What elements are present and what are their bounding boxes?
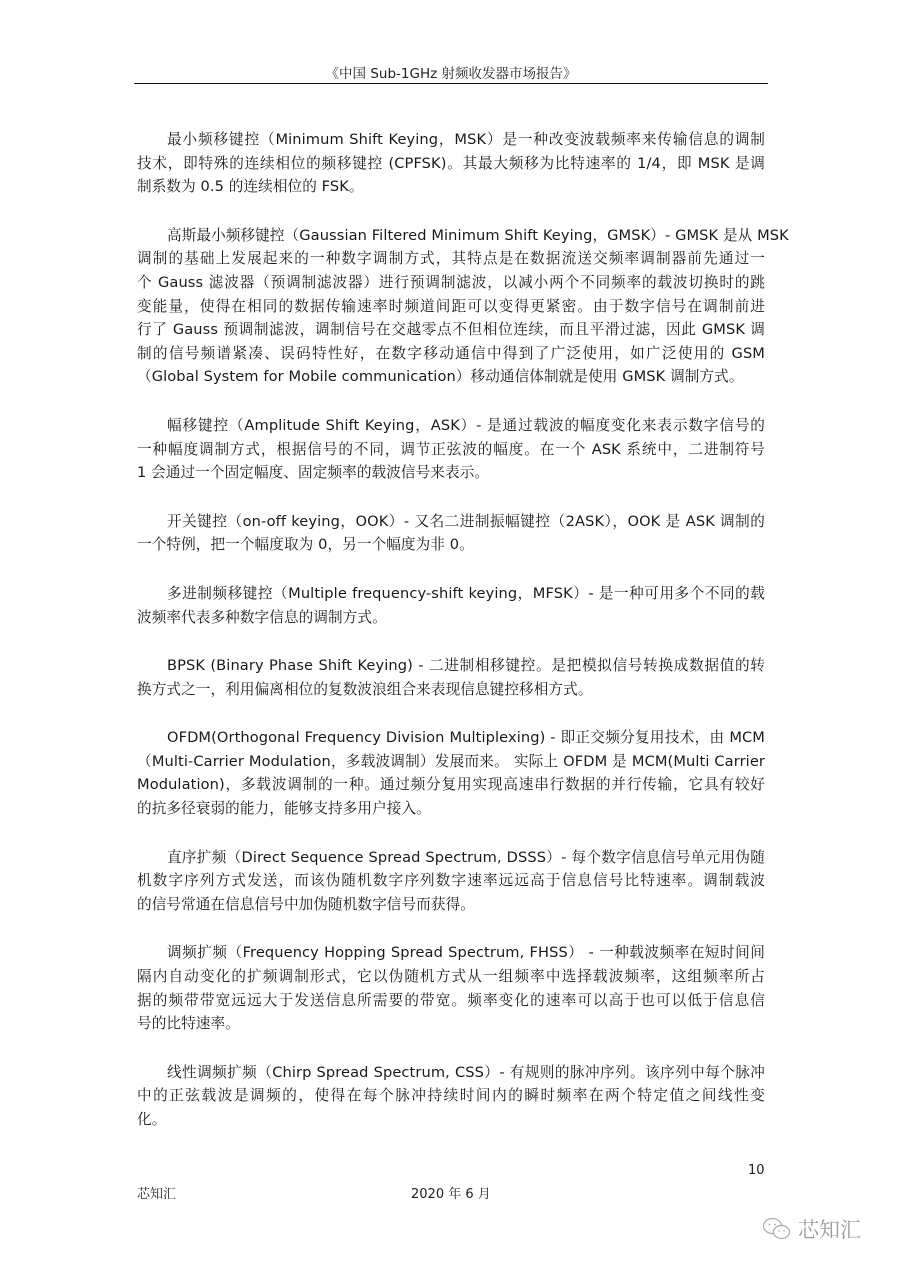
text-line: OFDM(Orthogonal Frequency Division Multi… <box>137 726 765 750</box>
text-line: 中的正弦载波是调频的，使得在每个脉冲持续时间内的瞬时频率在两个特定值之间线性变 <box>137 1084 765 1108</box>
document-body: 最小频移键控（Minimum Shift Keying，MSK）是一种改变波载频… <box>137 128 765 1157</box>
text-line: 化。 <box>137 1108 765 1132</box>
text-line: 开关键控（on-off keying，OOK）- 又名二进制振幅键控（2ASK）… <box>137 510 765 534</box>
paragraph-css: 线性调频扩频（Chirp Spread Spectrum, CSS）- 有规则的… <box>137 1061 765 1132</box>
text-line: 调频扩频（Frequency Hopping Spread Spectrum, … <box>137 941 765 965</box>
footer-publisher: 芯知汇 <box>137 1183 176 1202</box>
text-line: 的抗多径衰弱的能力，能够支持多用户接入。 <box>137 797 765 821</box>
text-line: 机数字序列方式发送，而该伪随机数字序列数字速率远远高于信息信号比特速率。调制载波 <box>137 869 765 893</box>
header-divider <box>134 83 768 84</box>
text-line: 1 会通过一个固定幅度、固定频率的载波信号来表示。 <box>137 461 765 485</box>
text-line: 高斯最小频移键控（Gaussian Filtered Minimum Shift… <box>137 224 765 248</box>
text-line: 波频率代表多种数字信息的调制方式。 <box>137 606 765 630</box>
paragraph-dsss: 直序扩频（Direct Sequence Spread Spectrum, DS… <box>137 846 765 917</box>
paragraph-msk: 最小频移键控（Minimum Shift Keying，MSK）是一种改变波载频… <box>137 128 765 199</box>
running-header: 《中国 Sub-1GHz 射频收发器市场报告》 <box>134 62 768 82</box>
text-line: 直序扩频（Direct Sequence Spread Spectrum, DS… <box>137 846 765 870</box>
paragraph-ook: 开关键控（on-off keying，OOK）- 又名二进制振幅键控（2ASK）… <box>137 510 765 557</box>
text-line: BPSK (Binary Phase Shift Keying) - 二进制相移… <box>137 654 765 678</box>
wechat-icon <box>762 1217 792 1241</box>
text-line: 号的比特速率。 <box>137 1012 765 1036</box>
paragraph-fhss: 调频扩频（Frequency Hopping Spread Spectrum, … <box>137 941 765 1035</box>
watermark: 芯知汇 <box>762 1214 861 1244</box>
text-line: 个 Gauss 滤波器（预调制滤波器）进行预调制滤波，以减小两个不同频率的载波切… <box>137 271 765 295</box>
text-line: 行了 Gauss 预调制滤波，调制信号在交越零点不但相位连续，而且平滑过滤，因此… <box>137 318 765 342</box>
page-number: 10 <box>748 1163 765 1178</box>
text-line: 制的信号频谱紧凑、误码特性好，在数字移动通信中得到了广泛使用，如广泛使用的 GS… <box>137 342 765 366</box>
text-line: 制系数为 0.5 的连续相位的 FSK。 <box>137 175 765 199</box>
text-line: 一种幅度调制方式，根据信号的不同，调节正弦波的幅度。在一个 ASK 系统中，二进… <box>137 438 765 462</box>
text-line: 调制的基础上发展起来的一种数字调制方式，其特点是在数据流送交频率调制器前先通过一 <box>137 247 765 271</box>
watermark-text: 芯知汇 <box>798 1214 861 1244</box>
paragraph-mfsk: 多进制频移键控（Multiple frequency-shift keying，… <box>137 582 765 629</box>
text-line: 幅移键控（Amplitude Shift Keying，ASK）- 是通过载波的… <box>137 414 765 438</box>
text-line: 换方式之一，利用偏离相位的复数波浪组合来表现信息键控移相方式。 <box>137 678 765 702</box>
text-line: Modulation)，多载波调制的一种。通过频分复用实现高速串行数据的并行传输… <box>137 773 765 797</box>
text-line: 的信号常通在信息信号中加伪随机数字信号而获得。 <box>137 893 765 917</box>
text-line: （Global System for Mobile communication）… <box>137 365 765 389</box>
text-line: 技术，即特殊的连续相位的频移键控 (CPFSK)。其最大频移为比特速率的 1/4… <box>137 152 765 176</box>
text-line: （Multi-Carrier Modulation，多载波调制）发展而来。 实际… <box>137 750 765 774</box>
paragraph-ask: 幅移键控（Amplitude Shift Keying，ASK）- 是通过载波的… <box>137 414 765 485</box>
text-line: 变能量，使得在相同的数据传输速率时频道间距可以变得更紧密。由于数字信号在调制前进 <box>137 295 765 319</box>
paragraph-gmsk: 高斯最小频移键控（Gaussian Filtered Minimum Shift… <box>137 224 765 389</box>
text-line: 隔内自动变化的扩频调制形式，它以伪随机方式从一组频率中选择载波频率，这组频率所占 <box>137 965 765 989</box>
paragraph-bpsk: BPSK (Binary Phase Shift Keying) - 二进制相移… <box>137 654 765 701</box>
text-line: 多进制频移键控（Multiple frequency-shift keying，… <box>137 582 765 606</box>
paragraph-ofdm: OFDM(Orthogonal Frequency Division Multi… <box>137 726 765 820</box>
text-line: 据的频带带宽远远大于发送信息所需要的带宽。频率变化的速率可以高于也可以低于信息信 <box>137 989 765 1013</box>
text-line: 一个特例，把一个幅度取为 0，另一个幅度为非 0。 <box>137 533 765 557</box>
footer-date: 2020 年 6 月 <box>411 1183 491 1202</box>
text-line: 线性调频扩频（Chirp Spread Spectrum, CSS）- 有规则的… <box>137 1061 765 1085</box>
text-line: 最小频移键控（Minimum Shift Keying，MSK）是一种改变波载频… <box>137 128 765 152</box>
